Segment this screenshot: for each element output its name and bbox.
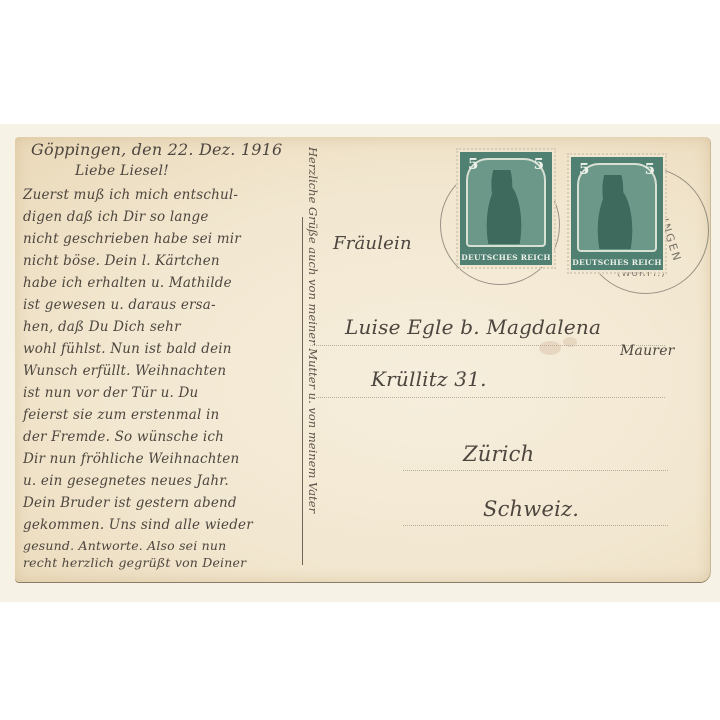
- recipient-name-2: Maurer: [620, 343, 675, 359]
- address-line-2: [310, 397, 665, 398]
- stamp-caption: DEUTSCHES REICH: [571, 258, 663, 267]
- city: Zürich: [463, 442, 534, 466]
- message-line: digen daß ich Dir so lange: [23, 209, 209, 225]
- postage-stamp: 5 5 DEUTSCHES REICH: [460, 152, 552, 265]
- message-line: recht herzlich gegrüßt von Deiner: [23, 555, 246, 570]
- salutation: Liebe Liesel!: [75, 163, 169, 179]
- message-line: Dein Bruder ist gestern abend: [23, 495, 237, 511]
- address-line-3: [403, 470, 668, 471]
- message-line: wohl fühlst. Nun ist bald dein: [23, 341, 232, 357]
- message-line: nicht geschrieben habe sei mir: [23, 231, 241, 247]
- stamp-value: 5: [468, 155, 478, 173]
- address-line-1: [310, 345, 665, 346]
- message-line: gesund. Antworte. Also sei nun: [23, 538, 226, 553]
- message-line: ist nun vor der Tür u. Du: [23, 385, 198, 401]
- recipient-name: Luise Egle b. Magdalena: [345, 315, 601, 339]
- message-line: Wunsch erfüllt. Weihnachten: [23, 363, 226, 379]
- message-line: nicht böse. Dein l. Kärtchen: [23, 253, 220, 269]
- message-line: gekommen. Uns sind alle wieder: [23, 517, 253, 533]
- address-line-4: [403, 525, 668, 526]
- margin-note: Herzliche Grüße auch von meiner Mutter u…: [306, 147, 320, 513]
- street: Krüllitz 31.: [371, 367, 487, 391]
- stamp-caption: DEUTSCHES REICH: [460, 253, 552, 262]
- postage-stamp: 5 5 DEUTSCHES REICH: [571, 157, 663, 270]
- germania-portrait-icon: [482, 170, 526, 244]
- message-line: u. ein gesegnetes neues Jahr.: [23, 473, 229, 489]
- vertical-divider: [302, 217, 303, 565]
- message-line: habe ich erhalten u. Mathilde: [23, 275, 232, 291]
- message-line: Dir nun fröhliche Weihnachten: [23, 451, 239, 467]
- message-line: hen, daß Du Dich sehr: [23, 319, 181, 335]
- stain: [539, 341, 561, 355]
- stamp-value: 5: [579, 160, 589, 178]
- stamp-value: 5: [645, 160, 655, 178]
- message-line: Zuerst muß ich mich entschul-: [23, 187, 238, 203]
- message-line: der Fremde. So wünsche ich: [23, 429, 224, 445]
- germania-portrait-icon: [593, 175, 637, 249]
- message-line: ist gewesen u. daraus ersa-: [23, 297, 216, 313]
- postmark-region: (WÜRTT.): [617, 269, 666, 279]
- postcard: Göppingen, den 22. Dez. 1916 Liebe Liese…: [15, 137, 710, 582]
- stamp-value: 5: [534, 155, 544, 173]
- country: Schweiz.: [483, 497, 579, 521]
- address-heading: Fräulein: [333, 233, 412, 254]
- message-line: feierst sie zum erstenmal in: [23, 407, 219, 423]
- place-date: Göppingen, den 22. Dez. 1916: [31, 140, 282, 159]
